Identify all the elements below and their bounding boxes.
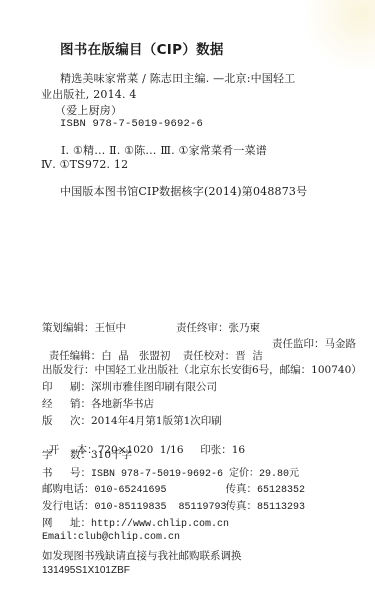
page-glare [305, 0, 375, 70]
planning-editor-label: 策划编辑： [42, 322, 95, 334]
cip-line-1: 精选美味家常菜 / 陈志田主编. —北京:中国轻工 [60, 70, 295, 86]
planning-editor: 策划编辑：王恒中 [42, 320, 126, 335]
distribution-fax: 85113293 [257, 502, 305, 513]
final-review: 责任终审：张乃柬 [176, 320, 260, 335]
publisher-row: 出版发行：中国轻工业出版社（北京东长安街6号，邮编：100740） [42, 362, 362, 377]
distribution-row: 发行电话：010-85119835 85119793传真：85113293 [42, 498, 305, 513]
edition-label-a: 版 [42, 413, 70, 428]
cip-number: 中国版本图书馆CIP数据核字(2014)第048873号 [60, 183, 307, 199]
word-count-label-b: 数： [70, 449, 91, 461]
cip-isbn: ISBN 978-7-5019-9692-6 [60, 118, 203, 130]
cip-subjects-1: Ⅰ. ①精… Ⅱ. ①陈… Ⅲ. ①家常菜肴一菜谱 [61, 142, 267, 158]
book-number-value: ISBN 978-7-5019-9692-6 定价：29.80元 [91, 469, 299, 480]
book-number-label-b: 号： [70, 467, 91, 479]
mail-order-row: 邮购电话：010-65241695传真：65128352 [42, 481, 305, 496]
website-label-a: 网 [42, 515, 70, 530]
print-supervisor: 责任监印：马金路 [272, 336, 356, 351]
mail-fax: 65128352 [257, 485, 305, 496]
website-label-b: 址： [70, 517, 91, 529]
distributor-row: 经销：各地新华书店 [42, 396, 154, 411]
distribution-phone: 010-85119835 85119793 [95, 502, 226, 513]
proofreader-label: 责任校对： [183, 350, 236, 362]
distribution-fax-label: 传真： [226, 500, 258, 512]
final-review-value: 张乃柬 [229, 322, 261, 334]
distribution-label: 发行电话： [42, 500, 95, 512]
word-count-label-a: 字 [42, 447, 70, 462]
distributor-value: 各地新华书店 [91, 398, 154, 410]
printer-value: 深圳市雅佳图印刷有限公司 [91, 381, 217, 393]
mail-fax-label: 传真： [226, 483, 258, 495]
mail-order-label: 邮购电话： [42, 483, 95, 495]
printer-label-b: 刷： [70, 381, 91, 393]
distributor-label-b: 销： [70, 398, 91, 410]
edition-value: 2014年4月第1版第1次印刷 [91, 415, 222, 427]
proofreader: 责任校对：晋 洁 [176, 336, 263, 363]
edition-row: 版次：2014年4月第1版第1次印刷 [42, 413, 222, 428]
edition-label-b: 次： [70, 415, 91, 427]
print-supervisor-label: 责任监印： [272, 338, 325, 350]
publisher-label: 出版发行： [42, 364, 95, 376]
responsible-editor-value: 白 晶 张盟初 [101, 350, 170, 362]
publisher-value: 中国轻工业出版社（北京东长安街6号，邮编：100740） [95, 364, 362, 376]
word-count-row: 字数：310千字 [42, 447, 132, 462]
print-supervisor-value: 马金路 [325, 338, 357, 350]
distributor-label-a: 经 [42, 396, 70, 411]
book-number-row: 书号：ISBN 978-7-5019-9692-6 定价：29.80元 [42, 464, 299, 480]
replacement-notice: 如发现图书残缺请直接与我社邮购联系调换 [42, 548, 242, 563]
mail-order-phone: 010-65241695 [95, 485, 226, 496]
book-code: 131495S1X101ZBF [42, 565, 130, 576]
cip-series: （爱上厨房） [55, 102, 122, 118]
word-count-value: 310千字 [91, 449, 132, 461]
responsible-editor: 责任编辑：白 晶 张盟初 [42, 336, 170, 363]
proofreader-value: 晋 洁 [235, 350, 263, 362]
printer-row: 印刷：深圳市雅佳图印刷有限公司 [42, 379, 217, 394]
website-row: 网址：http://www.chlip.com.cn [42, 515, 229, 530]
final-review-label: 责任终审： [176, 322, 229, 334]
email-link[interactable]: Email:club@chlip.com.cn [42, 532, 180, 543]
responsible-editor-label: 责任编辑： [49, 350, 102, 362]
planning-editor-value: 王恒中 [95, 322, 127, 334]
printer-label-a: 印 [42, 379, 70, 394]
cip-subjects-2: Ⅳ. ①TS972. 12 [41, 158, 128, 171]
book-number-label-a: 书 [42, 465, 70, 480]
cip-line-2: 业出版社, 2014. 4 [41, 86, 137, 102]
website-link[interactable]: http://www.chlip.com.cn [91, 519, 229, 530]
cip-title: 图书在版编目（CIP）数据 [60, 38, 224, 58]
